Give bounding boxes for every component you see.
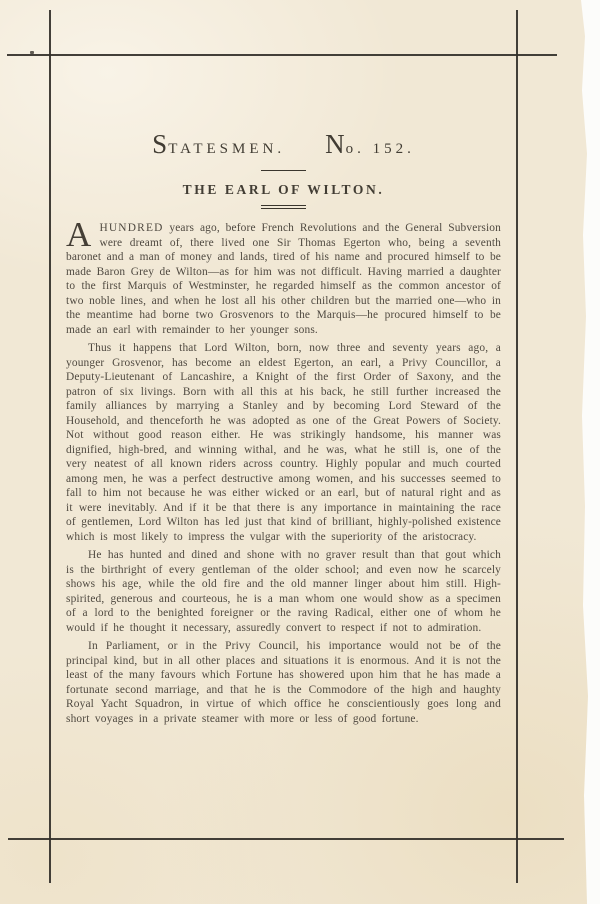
series-heading: STATESMEN. xyxy=(152,129,285,160)
frame-bottom-rule xyxy=(8,838,564,840)
page-content: STATESMEN. No. 152. THE EARL OF WILTON. … xyxy=(50,0,517,730)
paragraph-first-text: years ago, before French Revolutions and… xyxy=(66,222,501,336)
masthead: STATESMEN. No. 152. xyxy=(50,129,517,160)
divider-rule-double xyxy=(261,205,306,209)
series-initial: S xyxy=(152,129,168,159)
article-title: THE EARL OF WILTON. xyxy=(50,182,517,198)
series-rest: TATESMEN. xyxy=(168,141,285,157)
opening-word: HUNDRED xyxy=(99,222,163,234)
scanned-page: STATESMEN. No. 152. THE EARL OF WILTON. … xyxy=(0,0,600,904)
divider-rule-single xyxy=(261,170,306,171)
paragraph: He has hunted and dined and shone with n… xyxy=(66,548,501,635)
issue-number: No. 152. xyxy=(325,129,415,160)
paper-sheet: STATESMEN. No. 152. THE EARL OF WILTON. … xyxy=(0,0,600,904)
issue-rest: o. 152. xyxy=(346,141,415,157)
paragraph: Thus it happens that Lord Wilton, born, … xyxy=(66,341,501,544)
paragraph: In Parliament, or in the Privy Council, … xyxy=(66,639,501,726)
issue-initial: N xyxy=(325,129,346,159)
article-body: AHUNDRED years ago, before French Revolu… xyxy=(66,221,501,726)
paragraph-first: AHUNDRED years ago, before French Revolu… xyxy=(66,221,501,337)
ink-speck xyxy=(30,51,34,54)
drop-cap: A xyxy=(66,221,99,248)
